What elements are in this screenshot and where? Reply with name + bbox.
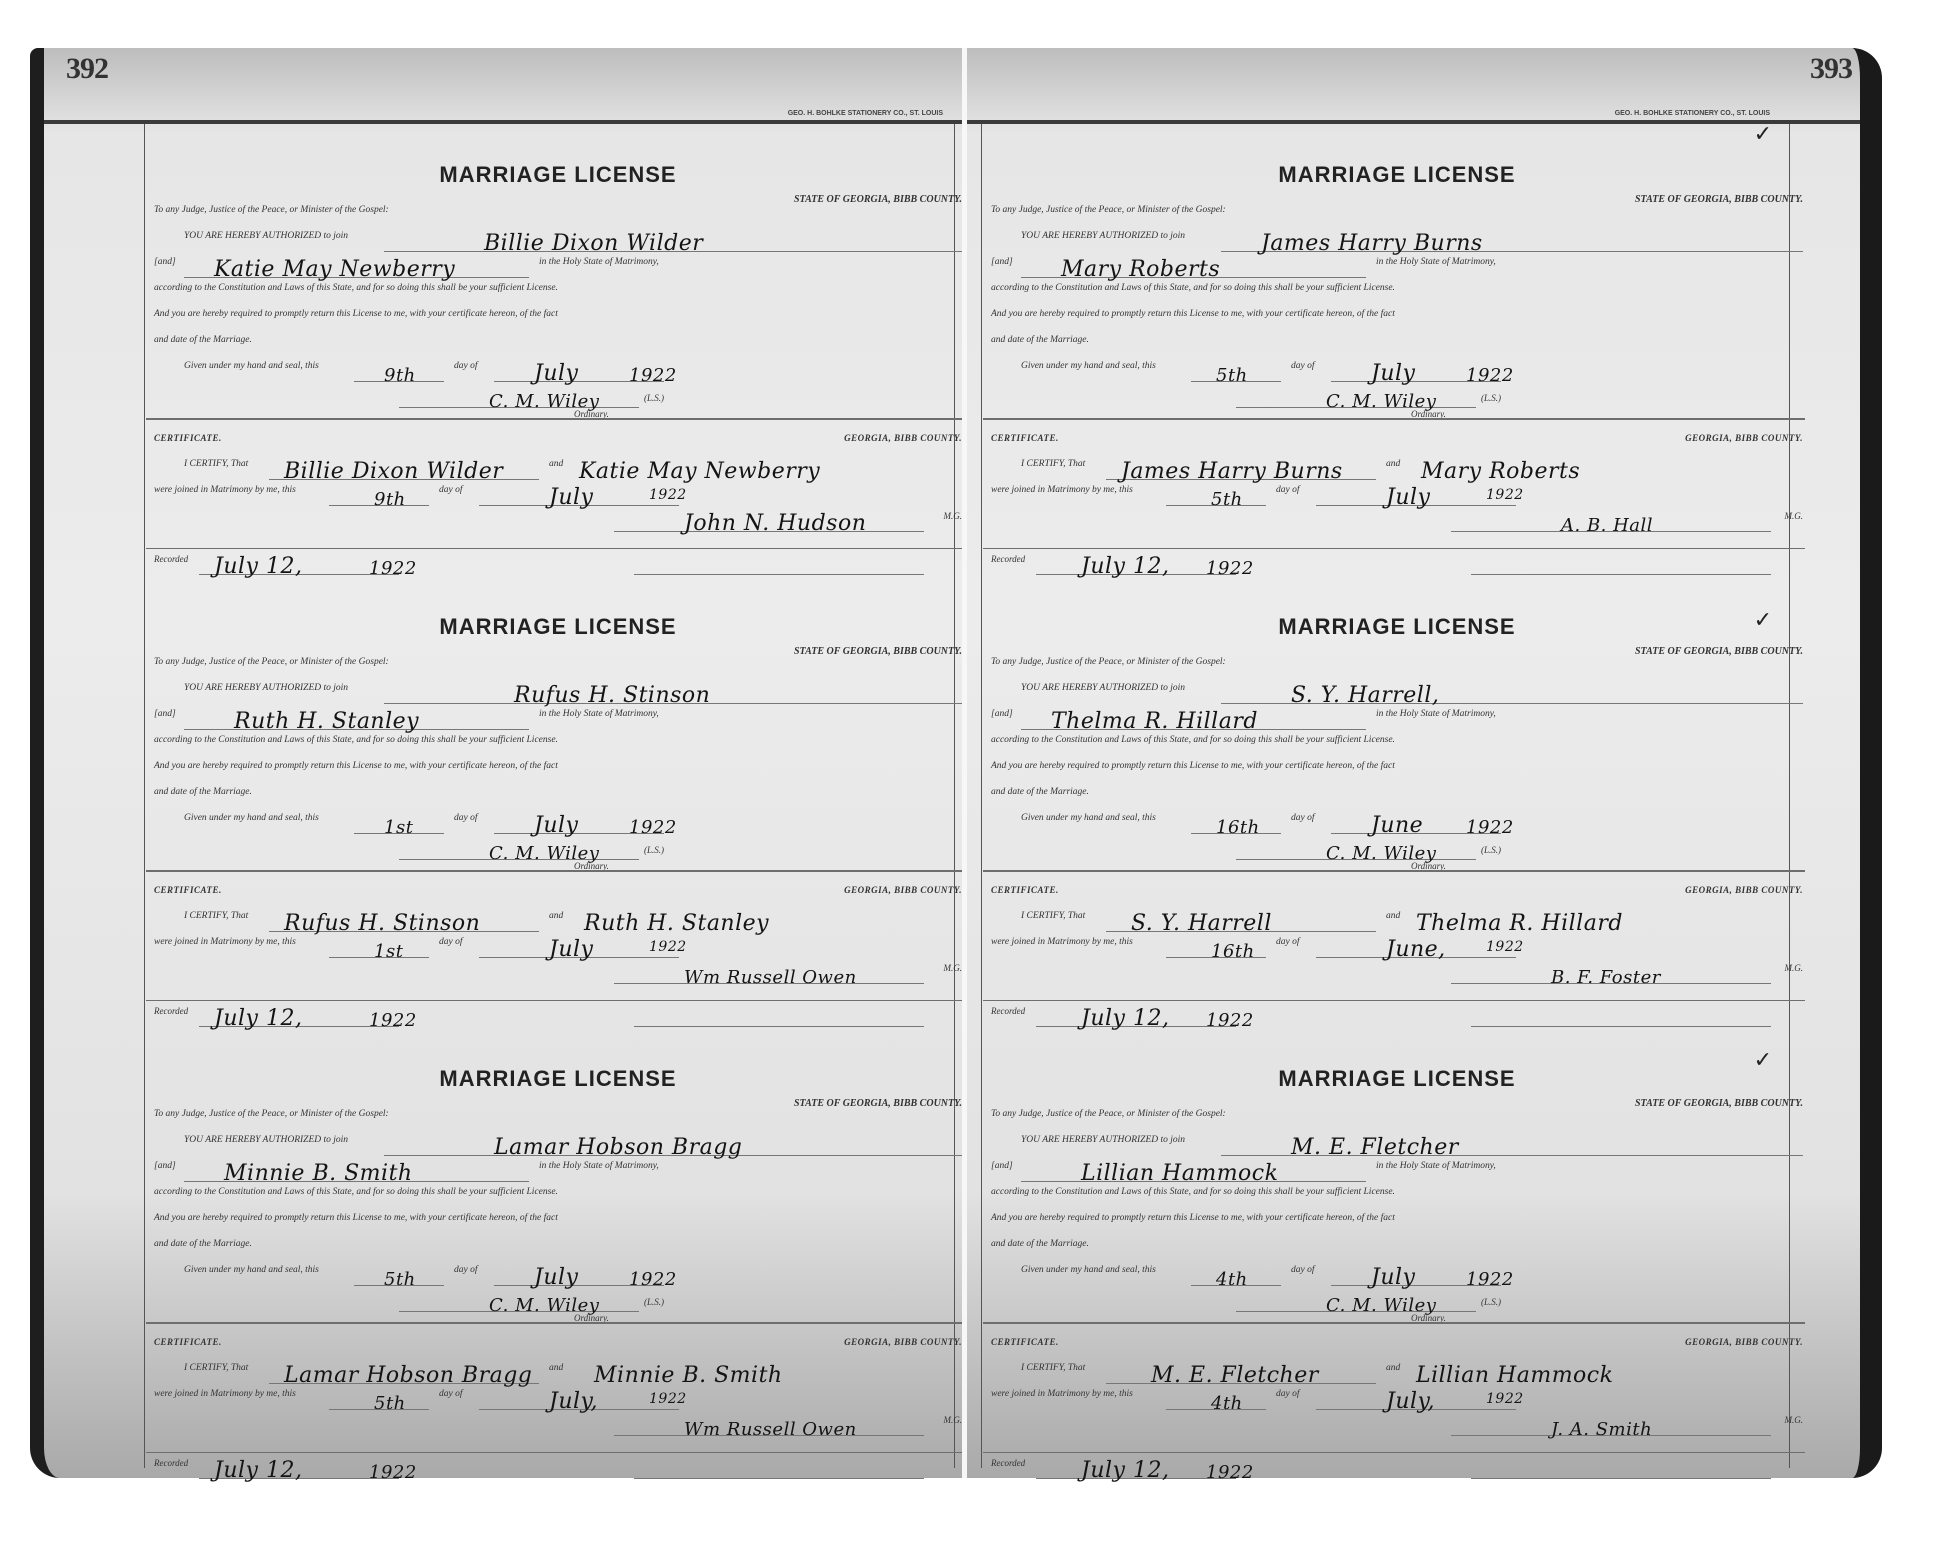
license-day: 4th <box>1216 1269 1248 1290</box>
bride-name: Thelma R. Hillard <box>1051 709 1258 734</box>
officiant-signature: J. A. Smith <box>1551 1419 1652 1440</box>
page-number-right: 393 <box>1810 52 1852 86</box>
salutation: To any Judge, Justice of the Peace, or M… <box>991 205 1226 215</box>
groom-name: James Harry Burns <box>1261 231 1483 256</box>
state-county: STATE OF GEORGIA, BIBB COUNTY. <box>991 194 1803 205</box>
groom-name: Rufus H. Stinson <box>514 683 710 708</box>
page-number-left: 392 <box>66 52 108 86</box>
section-divider <box>146 870 964 872</box>
day-of-text: day of <box>1291 1265 1314 1275</box>
license-title: MARRIAGE LICENSE <box>154 128 962 188</box>
recorded-year: 1922 <box>369 558 417 579</box>
and-label: [and] <box>154 257 176 267</box>
section-divider <box>146 548 964 549</box>
cert-month: July <box>549 937 593 962</box>
date-of-marriage-text: and date of the Marriage. <box>991 335 1089 345</box>
day-of-text: day of <box>1276 937 1299 947</box>
cert-groom: James Harry Burns <box>1121 459 1343 484</box>
license-year: 1922 <box>629 365 677 386</box>
return-text: And you are hereby required to promptly … <box>991 1213 1395 1223</box>
cert-month: June, <box>1386 937 1446 962</box>
cert-year: 1922 <box>1486 487 1524 503</box>
cert-bride: Ruth H. Stanley <box>584 911 769 936</box>
recorded-year: 1922 <box>369 1010 417 1031</box>
certify-text: I CERTIFY, That <box>1021 911 1085 921</box>
license-year: 1922 <box>1466 817 1514 838</box>
and-label: [and] <box>154 1161 176 1171</box>
certify-text: I CERTIFY, That <box>184 911 248 921</box>
cert-bride: Katie May Newberry <box>579 459 820 484</box>
return-text: And you are hereby required to promptly … <box>154 309 558 319</box>
cert-county: GEORGIA, BIBB COUNTY. <box>844 885 962 895</box>
recorded-date: July 12, <box>214 554 302 579</box>
authorized-text: YOU ARE HEREBY AUTHORIZED to join <box>184 231 348 241</box>
recorded-label: Recorded <box>991 554 1025 564</box>
marriage-entry: MARRIAGE LICENSE STATE OF GEORGIA, BIBB … <box>991 1032 1803 1484</box>
given-text: Given under my hand and seal, this <box>1021 361 1156 371</box>
joined-text: were joined in Matrimony by me, this <box>991 937 1133 947</box>
cert-bride: Thelma R. Hillard <box>1416 911 1623 936</box>
authorized-text: YOU ARE HEREBY AUTHORIZED to join <box>1021 231 1185 241</box>
recorded-year: 1922 <box>1206 558 1254 579</box>
section-divider <box>983 1322 1805 1324</box>
constitution-text: according to the Constitution and Laws o… <box>991 283 1395 293</box>
cert-month: July <box>1386 485 1430 510</box>
license-day: 1st <box>384 817 413 838</box>
constitution-text: according to the Constitution and Laws o… <box>154 1187 558 1197</box>
given-text: Given under my hand and seal, this <box>184 813 319 823</box>
state-county: STATE OF GEORGIA, BIBB COUNTY. <box>154 194 962 205</box>
day-of-text: day of <box>1276 485 1299 495</box>
state-county: STATE OF GEORGIA, BIBB COUNTY. <box>991 1098 1803 1109</box>
license-month: July <box>534 1265 578 1290</box>
header-rule <box>967 120 1860 124</box>
printer-mark: GEO. H. BOHLKE STATIONERY CO., ST. LOUIS <box>1615 110 1770 117</box>
cert-month: July, <box>549 1389 598 1414</box>
groom-name: M. E. Fletcher <box>1291 1135 1459 1160</box>
cert-and: and <box>549 911 563 921</box>
state-county: STATE OF GEORGIA, BIBB COUNTY. <box>991 646 1803 657</box>
certify-text: I CERTIFY, That <box>184 1363 248 1373</box>
return-text: And you are hereby required to promptly … <box>991 761 1395 771</box>
holy-state-text: in the Holy State of Matrimony, <box>1376 257 1496 267</box>
mg-label: M.G. <box>1785 511 1804 521</box>
section-divider <box>146 1452 964 1453</box>
certificate-label: CERTIFICATE. <box>991 885 1059 895</box>
license-month: July <box>1371 1265 1415 1290</box>
cert-and: and <box>1386 1363 1400 1373</box>
day-of-text: day of <box>454 361 477 371</box>
cert-county: GEORGIA, BIBB COUNTY. <box>1685 1337 1803 1347</box>
cert-and: and <box>549 459 563 469</box>
ls-mark: (L.S.) <box>1481 845 1501 855</box>
bride-name: Katie May Newberry <box>214 257 455 282</box>
recorded-date: July 12, <box>1081 554 1169 579</box>
officiant-signature: Wm Russell Owen <box>684 967 857 988</box>
bride-name: Lillian Hammock <box>1081 1161 1278 1186</box>
section-divider <box>146 1322 964 1324</box>
recorded-year: 1922 <box>1206 1462 1254 1483</box>
mg-label: M.G. <box>944 963 963 973</box>
recorded-date: July 12, <box>214 1006 302 1031</box>
return-text: And you are hereby required to promptly … <box>154 1213 558 1223</box>
license-title: MARRIAGE LICENSE <box>154 580 962 640</box>
salutation: To any Judge, Justice of the Peace, or M… <box>154 1109 389 1119</box>
license-day: 5th <box>384 1269 416 1290</box>
officiant-signature: John N. Hudson <box>684 511 866 536</box>
holy-state-text: in the Holy State of Matrimony, <box>539 1161 659 1171</box>
joined-text: were joined in Matrimony by me, this <box>991 485 1133 495</box>
license-day: 5th <box>1216 365 1248 386</box>
license-day: 16th <box>1216 817 1260 838</box>
and-label: [and] <box>154 709 176 719</box>
ls-mark: (L.S.) <box>1481 393 1501 403</box>
cert-groom: Lamar Hobson Bragg <box>284 1363 532 1388</box>
recorded-label: Recorded <box>991 1458 1025 1468</box>
marriage-entry: MARRIAGE LICENSE STATE OF GEORGIA, BIBB … <box>154 580 962 1032</box>
license-month: July <box>534 813 578 838</box>
license-title: MARRIAGE LICENSE <box>154 1032 962 1092</box>
joined-text: were joined in Matrimony by me, this <box>154 485 296 495</box>
holy-state-text: in the Holy State of Matrimony, <box>539 709 659 719</box>
license-year: 1922 <box>629 1269 677 1290</box>
date-of-marriage-text: and date of the Marriage. <box>154 335 252 345</box>
cert-bride: Mary Roberts <box>1421 459 1580 484</box>
date-of-marriage-text: and date of the Marriage. <box>991 787 1089 797</box>
cert-and: and <box>1386 459 1400 469</box>
groom-name: S. Y. Harrell, <box>1291 683 1439 708</box>
license-year: 1922 <box>629 817 677 838</box>
joined-text: were joined in Matrimony by me, this <box>991 1389 1133 1399</box>
license-title: MARRIAGE LICENSE <box>991 128 1803 188</box>
entries-left: MARRIAGE LICENSE STATE OF GEORGIA, BIBB … <box>154 128 962 1484</box>
section-divider <box>983 870 1805 872</box>
recorded-year: 1922 <box>1206 1010 1254 1031</box>
header-rule <box>44 120 965 124</box>
cert-day: 5th <box>1211 489 1243 510</box>
license-month: July <box>1371 361 1415 386</box>
day-of-text: day of <box>1291 813 1314 823</box>
authorized-text: YOU ARE HEREBY AUTHORIZED to join <box>184 683 348 693</box>
printer-mark: GEO. H. BOHLKE STATIONERY CO., ST. LOUIS <box>788 110 943 117</box>
cert-county: GEORGIA, BIBB COUNTY. <box>844 1337 962 1347</box>
officiant-signature: Wm Russell Owen <box>684 1419 857 1440</box>
bride-name: Minnie B. Smith <box>224 1161 413 1186</box>
recorded-label: Recorded <box>991 1006 1025 1016</box>
mg-label: M.G. <box>944 1415 963 1425</box>
holy-state-text: in the Holy State of Matrimony, <box>1376 1161 1496 1171</box>
cert-year: 1922 <box>1486 939 1524 955</box>
day-of-text: day of <box>1276 1389 1299 1399</box>
certificate-label: CERTIFICATE. <box>991 1337 1059 1347</box>
section-divider <box>983 1452 1805 1453</box>
cert-bride: Minnie B. Smith <box>594 1363 783 1388</box>
section-divider <box>983 548 1805 549</box>
ls-mark: (L.S.) <box>644 1297 664 1307</box>
return-text: And you are hereby required to promptly … <box>991 309 1395 319</box>
recorded-date: July 12, <box>1081 1006 1169 1031</box>
marriage-entry: MARRIAGE LICENSE STATE OF GEORGIA, BIBB … <box>154 128 962 580</box>
license-month: July <box>534 361 578 386</box>
certificate-label: CERTIFICATE. <box>154 1337 222 1347</box>
certificate-label: CERTIFICATE. <box>991 433 1059 443</box>
day-of-text: day of <box>439 485 462 495</box>
officiant-signature: A. B. Hall <box>1561 515 1653 536</box>
day-of-text: day of <box>454 1265 477 1275</box>
recorded-date: July 12, <box>214 1458 302 1483</box>
cert-groom: Rufus H. Stinson <box>284 911 480 936</box>
authorized-text: YOU ARE HEREBY AUTHORIZED to join <box>1021 1135 1185 1145</box>
margin-rule <box>981 124 982 1468</box>
groom-name: Billie Dixon Wilder <box>484 231 703 256</box>
cert-bride: Lillian Hammock <box>1416 1363 1613 1388</box>
date-of-marriage-text: and date of the Marriage. <box>991 1239 1089 1249</box>
recorded-date: July 12, <box>1081 1458 1169 1483</box>
certificate-label: CERTIFICATE. <box>154 433 222 443</box>
right-page: 393 GEO. H. BOHLKE STATIONERY CO., ST. L… <box>967 48 1882 1478</box>
mg-label: M.G. <box>944 511 963 521</box>
marriage-entry: MARRIAGE LICENSE STATE OF GEORGIA, BIBB … <box>154 1032 962 1484</box>
cert-groom: M. E. Fletcher <box>1151 1363 1319 1388</box>
license-month: June <box>1371 813 1423 838</box>
ls-mark: (L.S.) <box>644 393 664 403</box>
cert-year: 1922 <box>1486 1391 1524 1407</box>
holy-state-text: in the Holy State of Matrimony, <box>1376 709 1496 719</box>
salutation: To any Judge, Justice of the Peace, or M… <box>991 657 1226 667</box>
ls-mark: (L.S.) <box>644 845 664 855</box>
cert-groom: Billie Dixon Wilder <box>284 459 503 484</box>
cert-day: 5th <box>374 1393 406 1414</box>
cert-day: 9th <box>374 489 406 510</box>
section-divider <box>983 1000 1805 1001</box>
salutation: To any Judge, Justice of the Peace, or M… <box>154 657 389 667</box>
margin-rule <box>144 124 145 1468</box>
section-divider <box>146 418 964 420</box>
recorded-label: Recorded <box>154 1006 188 1016</box>
cert-month: July, <box>1386 1389 1435 1414</box>
cert-county: GEORGIA, BIBB COUNTY. <box>1685 885 1803 895</box>
license-day: 9th <box>384 365 416 386</box>
and-label: [and] <box>991 257 1013 267</box>
constitution-text: according to the Constitution and Laws o… <box>154 283 558 293</box>
constitution-text: according to the Constitution and Laws o… <box>991 1187 1395 1197</box>
license-title: MARRIAGE LICENSE <box>991 1032 1803 1092</box>
ls-mark: (L.S.) <box>1481 1297 1501 1307</box>
cert-year: 1922 <box>649 1391 687 1407</box>
cert-year: 1922 <box>649 939 687 955</box>
salutation: To any Judge, Justice of the Peace, or M… <box>154 205 389 215</box>
license-year: 1922 <box>1466 1269 1514 1290</box>
and-label: [and] <box>991 1161 1013 1171</box>
certify-text: I CERTIFY, That <box>1021 1363 1085 1373</box>
left-page: 392 GEO. H. BOHLKE STATIONERY CO., ST. L… <box>30 48 965 1478</box>
constitution-text: according to the Constitution and Laws o… <box>154 735 558 745</box>
certificate-label: CERTIFICATE. <box>154 885 222 895</box>
day-of-text: day of <box>454 813 477 823</box>
recorded-label: Recorded <box>154 1458 188 1468</box>
section-divider <box>983 418 1805 420</box>
officiant-signature: B. F. Foster <box>1551 967 1661 988</box>
authorized-text: YOU ARE HEREBY AUTHORIZED to join <box>184 1135 348 1145</box>
salutation: To any Judge, Justice of the Peace, or M… <box>991 1109 1226 1119</box>
constitution-text: according to the Constitution and Laws o… <box>991 735 1395 745</box>
groom-name: Lamar Hobson Bragg <box>494 1135 742 1160</box>
day-of-text: day of <box>439 1389 462 1399</box>
cert-and: and <box>1386 911 1400 921</box>
date-of-marriage-text: and date of the Marriage. <box>154 1239 252 1249</box>
certify-text: I CERTIFY, That <box>184 459 248 469</box>
cert-groom: S. Y. Harrell <box>1131 911 1272 936</box>
state-county: STATE OF GEORGIA, BIBB COUNTY. <box>154 1098 962 1109</box>
license-year: 1922 <box>1466 365 1514 386</box>
bride-name: Ruth H. Stanley <box>234 709 419 734</box>
entries-right: MARRIAGE LICENSE STATE OF GEORGIA, BIBB … <box>991 128 1803 1484</box>
holy-state-text: in the Holy State of Matrimony, <box>539 257 659 267</box>
recorded-label: Recorded <box>154 554 188 564</box>
state-county: STATE OF GEORGIA, BIBB COUNTY. <box>154 646 962 657</box>
marriage-entry: MARRIAGE LICENSE STATE OF GEORGIA, BIBB … <box>991 128 1803 580</box>
license-title: MARRIAGE LICENSE <box>991 580 1803 640</box>
return-text: And you are hereby required to promptly … <box>154 761 558 771</box>
given-text: Given under my hand and seal, this <box>1021 1265 1156 1275</box>
cert-day: 4th <box>1211 1393 1243 1414</box>
given-text: Given under my hand and seal, this <box>184 1265 319 1275</box>
cert-county: GEORGIA, BIBB COUNTY. <box>844 433 962 443</box>
day-of-text: day of <box>439 937 462 947</box>
and-label: [and] <box>991 709 1013 719</box>
joined-text: were joined in Matrimony by me, this <box>154 1389 296 1399</box>
mg-label: M.G. <box>1785 963 1804 973</box>
cert-year: 1922 <box>649 487 687 503</box>
cert-day: 16th <box>1211 941 1255 962</box>
marriage-entry: MARRIAGE LICENSE STATE OF GEORGIA, BIBB … <box>991 580 1803 1032</box>
given-text: Given under my hand and seal, this <box>1021 813 1156 823</box>
section-divider <box>146 1000 964 1001</box>
cert-day: 1st <box>374 941 403 962</box>
given-text: Given under my hand and seal, this <box>184 361 319 371</box>
bride-name: Mary Roberts <box>1061 257 1220 282</box>
joined-text: were joined in Matrimony by me, this <box>154 937 296 947</box>
cert-county: GEORGIA, BIBB COUNTY. <box>1685 433 1803 443</box>
authorized-text: YOU ARE HEREBY AUTHORIZED to join <box>1021 683 1185 693</box>
recorded-year: 1922 <box>369 1462 417 1483</box>
date-of-marriage-text: and date of the Marriage. <box>154 787 252 797</box>
day-of-text: day of <box>1291 361 1314 371</box>
cert-month: July <box>549 485 593 510</box>
mg-label: M.G. <box>1785 1415 1804 1425</box>
ledger-book: 392 GEO. H. BOHLKE STATIONERY CO., ST. L… <box>10 48 1910 1498</box>
cert-and: and <box>549 1363 563 1373</box>
certify-text: I CERTIFY, That <box>1021 459 1085 469</box>
